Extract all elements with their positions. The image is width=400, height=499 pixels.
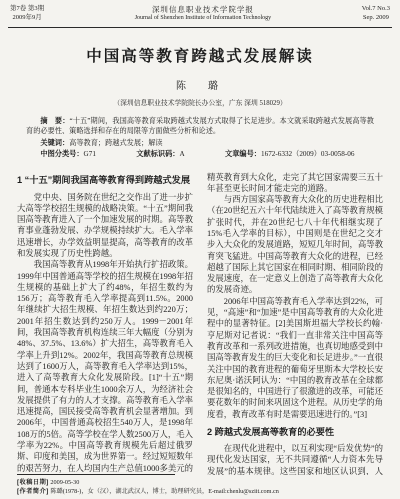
right-paragraph-4: 2006年中国高等教育毛入学率达到22%，可见，“高速”和“加速”是中国高等教育… xyxy=(207,296,383,420)
doc-code-value: A xyxy=(179,150,184,158)
abstract-paragraph: 摘 要：“十五”期间，我国高等教育采取跨越式发展方式取得了长足进步。本文就采取跨… xyxy=(26,116,374,137)
doc-code-pair: 文献标识码：A xyxy=(122,149,185,160)
header-center: 深圳信息职业技术学院学报 Journal of Shenzhen Institu… xyxy=(135,5,271,23)
author-name: 陈 璐 xyxy=(0,77,400,92)
received-date-value: 2009-05-30 xyxy=(50,479,79,486)
left-paragraph-1: 党中央、国务院在世纪之交作出了进一步扩大高等学校招生规模的战略决策。“十五”期间… xyxy=(17,192,193,260)
right-paragraph-continuation: 精英教育到大众化，走完了其它国家需要三五十年甚至更长时间才能走完的道路。 xyxy=(207,172,383,195)
header-right: Vol.7 No.3 Sep. 2009 xyxy=(362,5,390,22)
section2-heading: 2 跨越式发展高等教育的必要性 xyxy=(207,426,383,438)
clc-label: 中图分类号： xyxy=(40,149,83,158)
keywords-paragraph: 关键词：高等教育；跨越式发展；解读 xyxy=(26,138,374,149)
keywords-text: 高等教育；跨越式发展；解读 xyxy=(69,139,162,147)
article-id-pair: 文章编号：1672-6332（2009）03-0058-06 xyxy=(211,149,355,160)
keywords-label: 关键词： xyxy=(40,138,69,147)
journal-page: 第7卷 第3期 2009年9月 深圳信息职业技术学院学报 Journal of … xyxy=(0,0,400,499)
right-paragraph-5: 在现代化进程中，以互利实现“后发优势”的现代化发达国家，无不共同遵循“人力资本先… xyxy=(207,443,383,474)
clc-pair: 中图分类号：G71 xyxy=(26,149,96,160)
header-left: 第7卷 第3期 2009年9月 xyxy=(10,5,44,22)
date-cn: 2009年9月 xyxy=(10,14,44,23)
received-date-label: [收稿日期] xyxy=(17,479,49,486)
header-divider xyxy=(8,27,392,28)
right-column: 精英教育到大众化，走完了其它国家需要三五十年甚至更长时间才能走完的道路。 与西方… xyxy=(207,172,383,475)
left-paragraph-2: 我国高等教育从1998年开始执行扩招政策。1999年中国普通高等学校的招生规模在… xyxy=(17,259,193,474)
author-affiliation: （深圳信息职业技术学院院长办公室，广东 深圳 518029） xyxy=(0,97,400,107)
classification-line: 中图分类号：G71 文献标识码：A 文章编号：1672-6332（2009）03… xyxy=(26,149,374,160)
footnote-divider xyxy=(17,474,175,475)
doc-code-label: 文献标识码： xyxy=(136,149,179,158)
abstract-text: “十五”期间，我国高等教育采取跨越式发展方式取得了长足进步。本文就采取跨越式发展… xyxy=(26,117,374,136)
article-id-value: 1672-6332（2009）03-0058-06 xyxy=(261,150,354,158)
article-id-label: 文章编号： xyxy=(225,149,261,158)
abstract-label: 摘 要： xyxy=(40,116,69,125)
journal-header: 第7卷 第3期 2009年9月 深圳信息职业技术学院学报 Journal of … xyxy=(0,0,400,26)
article-title: 中国高等教育跨越式发展解读 xyxy=(0,44,400,66)
journal-name-en: Journal of Shenzhen Institute of Informa… xyxy=(135,14,271,23)
received-date-line: [收稿日期] 2009-05-30 xyxy=(17,478,388,487)
author-bio-line: [作者简介] 陈璐(1978-)，女（汉），湖北武汉人，博士，助理研究员，E-m… xyxy=(17,487,388,496)
left-column: 1 “十五”期间我国高等教育得到跨越式发展 党中央、国务院在世纪之交作出了进一步… xyxy=(17,172,193,475)
author-bio-label: [作者简介] xyxy=(17,488,49,495)
article-body: 1 “十五”期间我国高等教育得到跨越式发展 党中央、国务院在世纪之交作出了进一步… xyxy=(0,172,400,475)
footnote-block: [收稿日期] 2009-05-30 [作者简介] 陈璐(1978-)，女（汉），… xyxy=(17,474,388,496)
section1-heading: 1 “十五”期间我国高等教育得到跨越式发展 xyxy=(17,174,193,186)
right-paragraph-3: 与西方国家高等教育大众化的历史进程相比（在20世纪五六十年代陆续进入了高等教育规… xyxy=(207,194,383,296)
author-bio-value: 陈璐(1978-)，女（汉），湖北武汉人，博士，助理研究员，E-mail:che… xyxy=(50,488,278,495)
volume-issue-en: Vol.7 No.3 xyxy=(362,5,390,14)
abstract-block: 摘 要：“十五”期间，我国高等教育采取跨越式发展方式取得了长足进步。本文就采取跨… xyxy=(26,116,374,160)
volume-issue-cn: 第7卷 第3期 xyxy=(10,5,44,14)
clc-value: G71 xyxy=(84,150,96,158)
date-en: Sep. 2009 xyxy=(362,14,390,23)
journal-name-cn: 深圳信息职业技术学院学报 xyxy=(135,5,271,14)
